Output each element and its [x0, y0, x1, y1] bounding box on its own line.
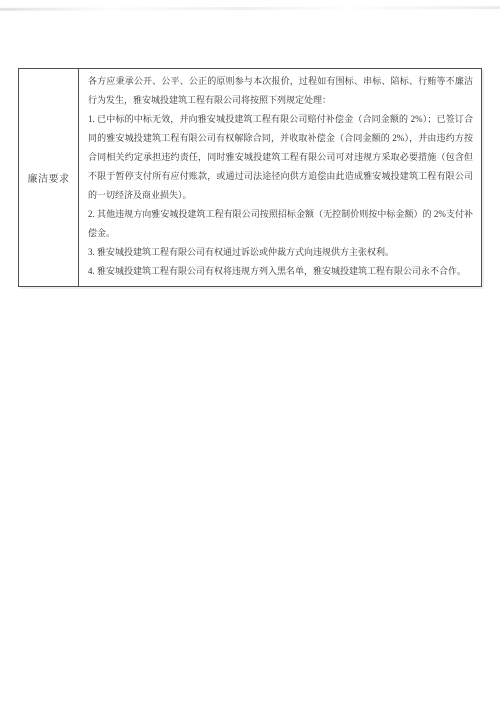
table-row-header-cell: 廉洁要求 [19, 69, 79, 286]
table-content-cell: 各方应秉承公开、公平、公正的原则参与本次报价，过程如有围标、串标、陪标、行贿等不… [79, 69, 481, 286]
requirement-paragraph: 2. 其他违规方向雅安城投建筑工程有限公司按照招标金额（无控制价则按中标金额）的… [88, 205, 473, 243]
integrity-requirements-table: 廉洁要求 各方应秉承公开、公平、公正的原则参与本次报价，过程如有围标、串标、陪标… [18, 68, 482, 287]
requirement-paragraph: 3. 雅安城投建筑工程有限公司有权通过诉讼或仲裁方式向违规供方主张权利。 [88, 243, 473, 262]
requirement-paragraph: 4. 雅安城投建筑工程有限公司有权将违规方列入黑名单，雅安城投建筑工程有限公司永… [88, 262, 473, 281]
scanned-document-page: 廉洁要求 各方应秉承公开、公平、公正的原则参与本次报价，过程如有围标、串标、陪标… [0, 0, 500, 707]
row-label-integrity-requirements: 廉洁要求 [28, 170, 70, 185]
scan-artifact-line [0, 6, 500, 11]
requirement-paragraph: 1. 已中标的中标无效，并向雅安城投建筑工程有限公司赔付补偿金（合同金额的 2%… [88, 110, 473, 205]
requirement-paragraph: 各方应秉承公开、公平、公正的原则参与本次报价，过程如有围标、串标、陪标、行贿等不… [88, 72, 473, 110]
